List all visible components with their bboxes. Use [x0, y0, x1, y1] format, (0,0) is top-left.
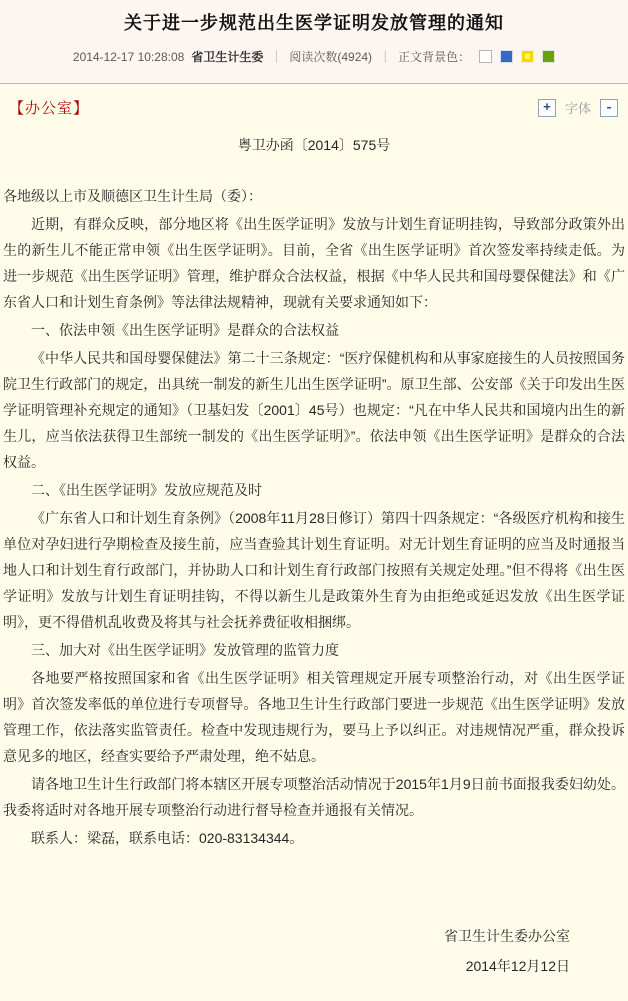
blue-swatch[interactable]: [500, 50, 513, 63]
document-number: 粤卫办函〔2014〕575号: [3, 135, 625, 155]
font-size-controls: + 字体 -: [538, 98, 618, 117]
paragraph: 近期，有群众反映，部分地区将《出生医学证明》发放与计划生育证明挂钩，导致部分政策…: [3, 211, 625, 315]
signature-org: 省卫生计生委办公室: [3, 921, 570, 951]
department-tag: 【办公室】: [9, 97, 89, 118]
signature-block: 省卫生计生委办公室 2014年12月12日: [3, 921, 625, 981]
article-header: 关于进一步规范出生医学证明发放管理的通知 2014-12-17 10:28:08…: [0, 0, 628, 84]
document-body: 各地级以上市及顺德区卫生计生局（委）： 近期，有群众反映，部分地区将《出生医学证…: [3, 183, 625, 851]
bg-color-swatches: [479, 50, 555, 63]
white-swatch[interactable]: [479, 50, 492, 63]
article-content: 【办公室】 + 字体 - 粤卫办函〔2014〕575号 各地级以上市及顺德区卫生…: [0, 84, 628, 1000]
toolbar-row: 【办公室】 + 字体 -: [3, 84, 625, 118]
paragraph: 《中华人民共和国母婴保健法》第二十三条规定：“医疗保健机构和从事家庭接生的人员按…: [3, 345, 625, 475]
section-heading: 三、加大对《出生医学证明》发放管理的监管力度: [3, 637, 625, 663]
font-increase-button[interactable]: +: [538, 99, 556, 117]
section-heading: 二、《出生医学证明》发放应规范及时: [3, 477, 625, 503]
separator: ｜: [270, 48, 282, 65]
yellow-swatch[interactable]: [521, 50, 534, 63]
publish-source: 省卫生计生委: [191, 48, 263, 65]
publish-datetime: 2014-12-17 10:28:08: [73, 50, 184, 64]
salutation: 各地级以上市及顺德区卫生计生局（委）：: [3, 183, 625, 209]
font-decrease-button[interactable]: -: [600, 99, 618, 117]
selected-indicator: [525, 54, 530, 59]
read-count: 阅读次数(4924): [289, 48, 372, 65]
paragraph: 请各地卫生计生行政部门将本辖区开展专项整治活动情况于2015年1月9日前书面报我…: [3, 771, 625, 823]
paragraphs-container: 近期，有群众反映，部分地区将《出生医学证明》发放与计划生育证明挂钩，导致部分政策…: [3, 211, 625, 851]
section-heading: 一、依法申领《出生医学证明》是群众的合法权益: [3, 317, 625, 343]
page-title: 关于进一步规范出生医学证明发放管理的通知: [0, 0, 628, 35]
font-size-label: 字体: [565, 98, 591, 117]
paragraph: 联系人：梁磊，联系电话：020-83134344。: [3, 825, 625, 851]
paragraph: 各地要严格按照国家和省《出生医学证明》相关管理规定开展专项整治行动，对《出生医学…: [3, 665, 625, 769]
meta-row: 2014-12-17 10:28:08 省卫生计生委 ｜ 阅读次数(4924) …: [0, 48, 628, 65]
green-swatch[interactable]: [542, 50, 555, 63]
bg-color-label: 正文背景色：: [398, 48, 470, 65]
paragraph: 《广东省人口和计划生育条例》（2008年11月28日修订）第四十四条规定：“各级…: [3, 505, 625, 635]
separator: ｜: [379, 48, 391, 65]
signature-date: 2014年12月12日: [3, 951, 570, 981]
